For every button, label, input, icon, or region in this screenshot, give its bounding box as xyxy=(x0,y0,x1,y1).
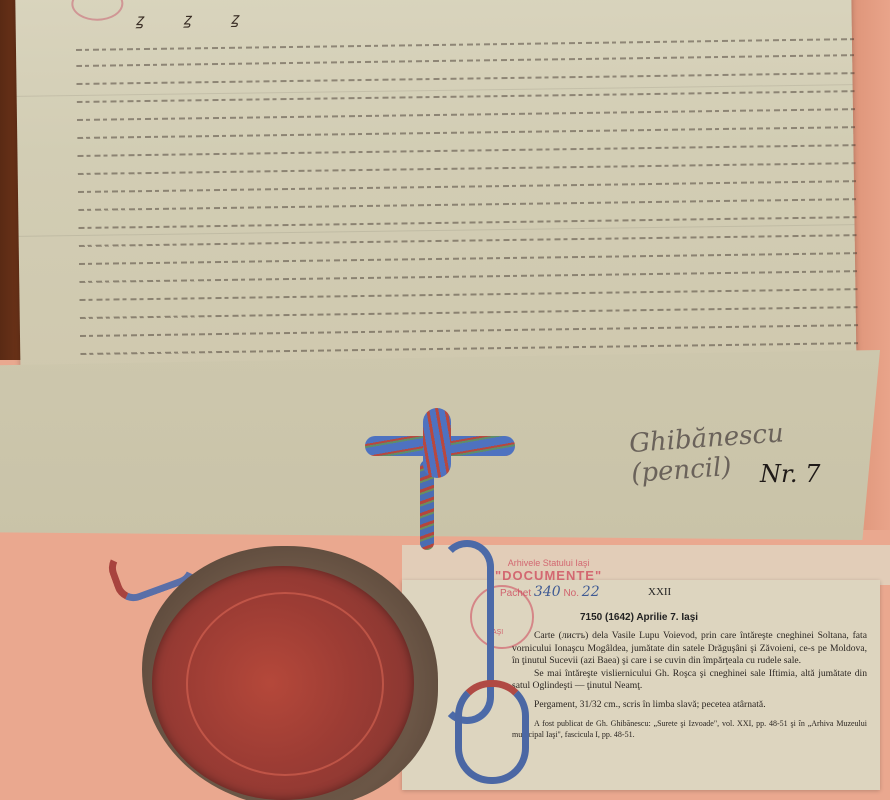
roman-numeral: XXII xyxy=(648,586,671,598)
date-heading: 7150 (1642) Aprilie 7. Iaşi xyxy=(580,612,698,623)
knot-arm xyxy=(423,408,451,478)
cord-knot xyxy=(365,408,515,478)
publication-note: A fost publicat de Gh. Ghibănescu: „Sure… xyxy=(512,718,867,740)
archive-stamp-documents: "DOCUMENTE" xyxy=(495,568,602,583)
seal-inscription-ring xyxy=(186,592,384,776)
packet-number: 340 xyxy=(534,584,561,600)
document-number: 22 xyxy=(582,584,600,600)
red-stamp-top-corner xyxy=(71,0,123,21)
packet-prefix: Pachet xyxy=(500,588,531,599)
label-body: Carte (листъ) dela Vasile Lupu Voievod, … xyxy=(512,630,867,740)
inventory-line: Pachet 340 No. 22 xyxy=(500,584,600,600)
archive-stamp: Arhivele Statului Iaşi "DOCUMENTE" xyxy=(495,558,602,583)
archive-stamp-name: Arhivele Statului Iaşi xyxy=(495,558,602,568)
silk-cord xyxy=(455,680,529,784)
summary-paragraph: Carte (листъ) dela Vasile Lupu Voievod, … xyxy=(512,630,867,668)
header-marks: ꙁ ꙁ ꙁ xyxy=(135,6,256,30)
summary-paragraph: Se mai întăreşte visliernicului Gh. Roşc… xyxy=(512,668,867,693)
material-note: Pergament, 31/32 cm., scris în limba sla… xyxy=(512,699,867,712)
document-number-handwritten: Nr. 7 xyxy=(760,460,820,488)
no-label: No. xyxy=(563,588,579,599)
parchment-charter: ꙁ ꙁ ꙁ xyxy=(15,0,857,396)
